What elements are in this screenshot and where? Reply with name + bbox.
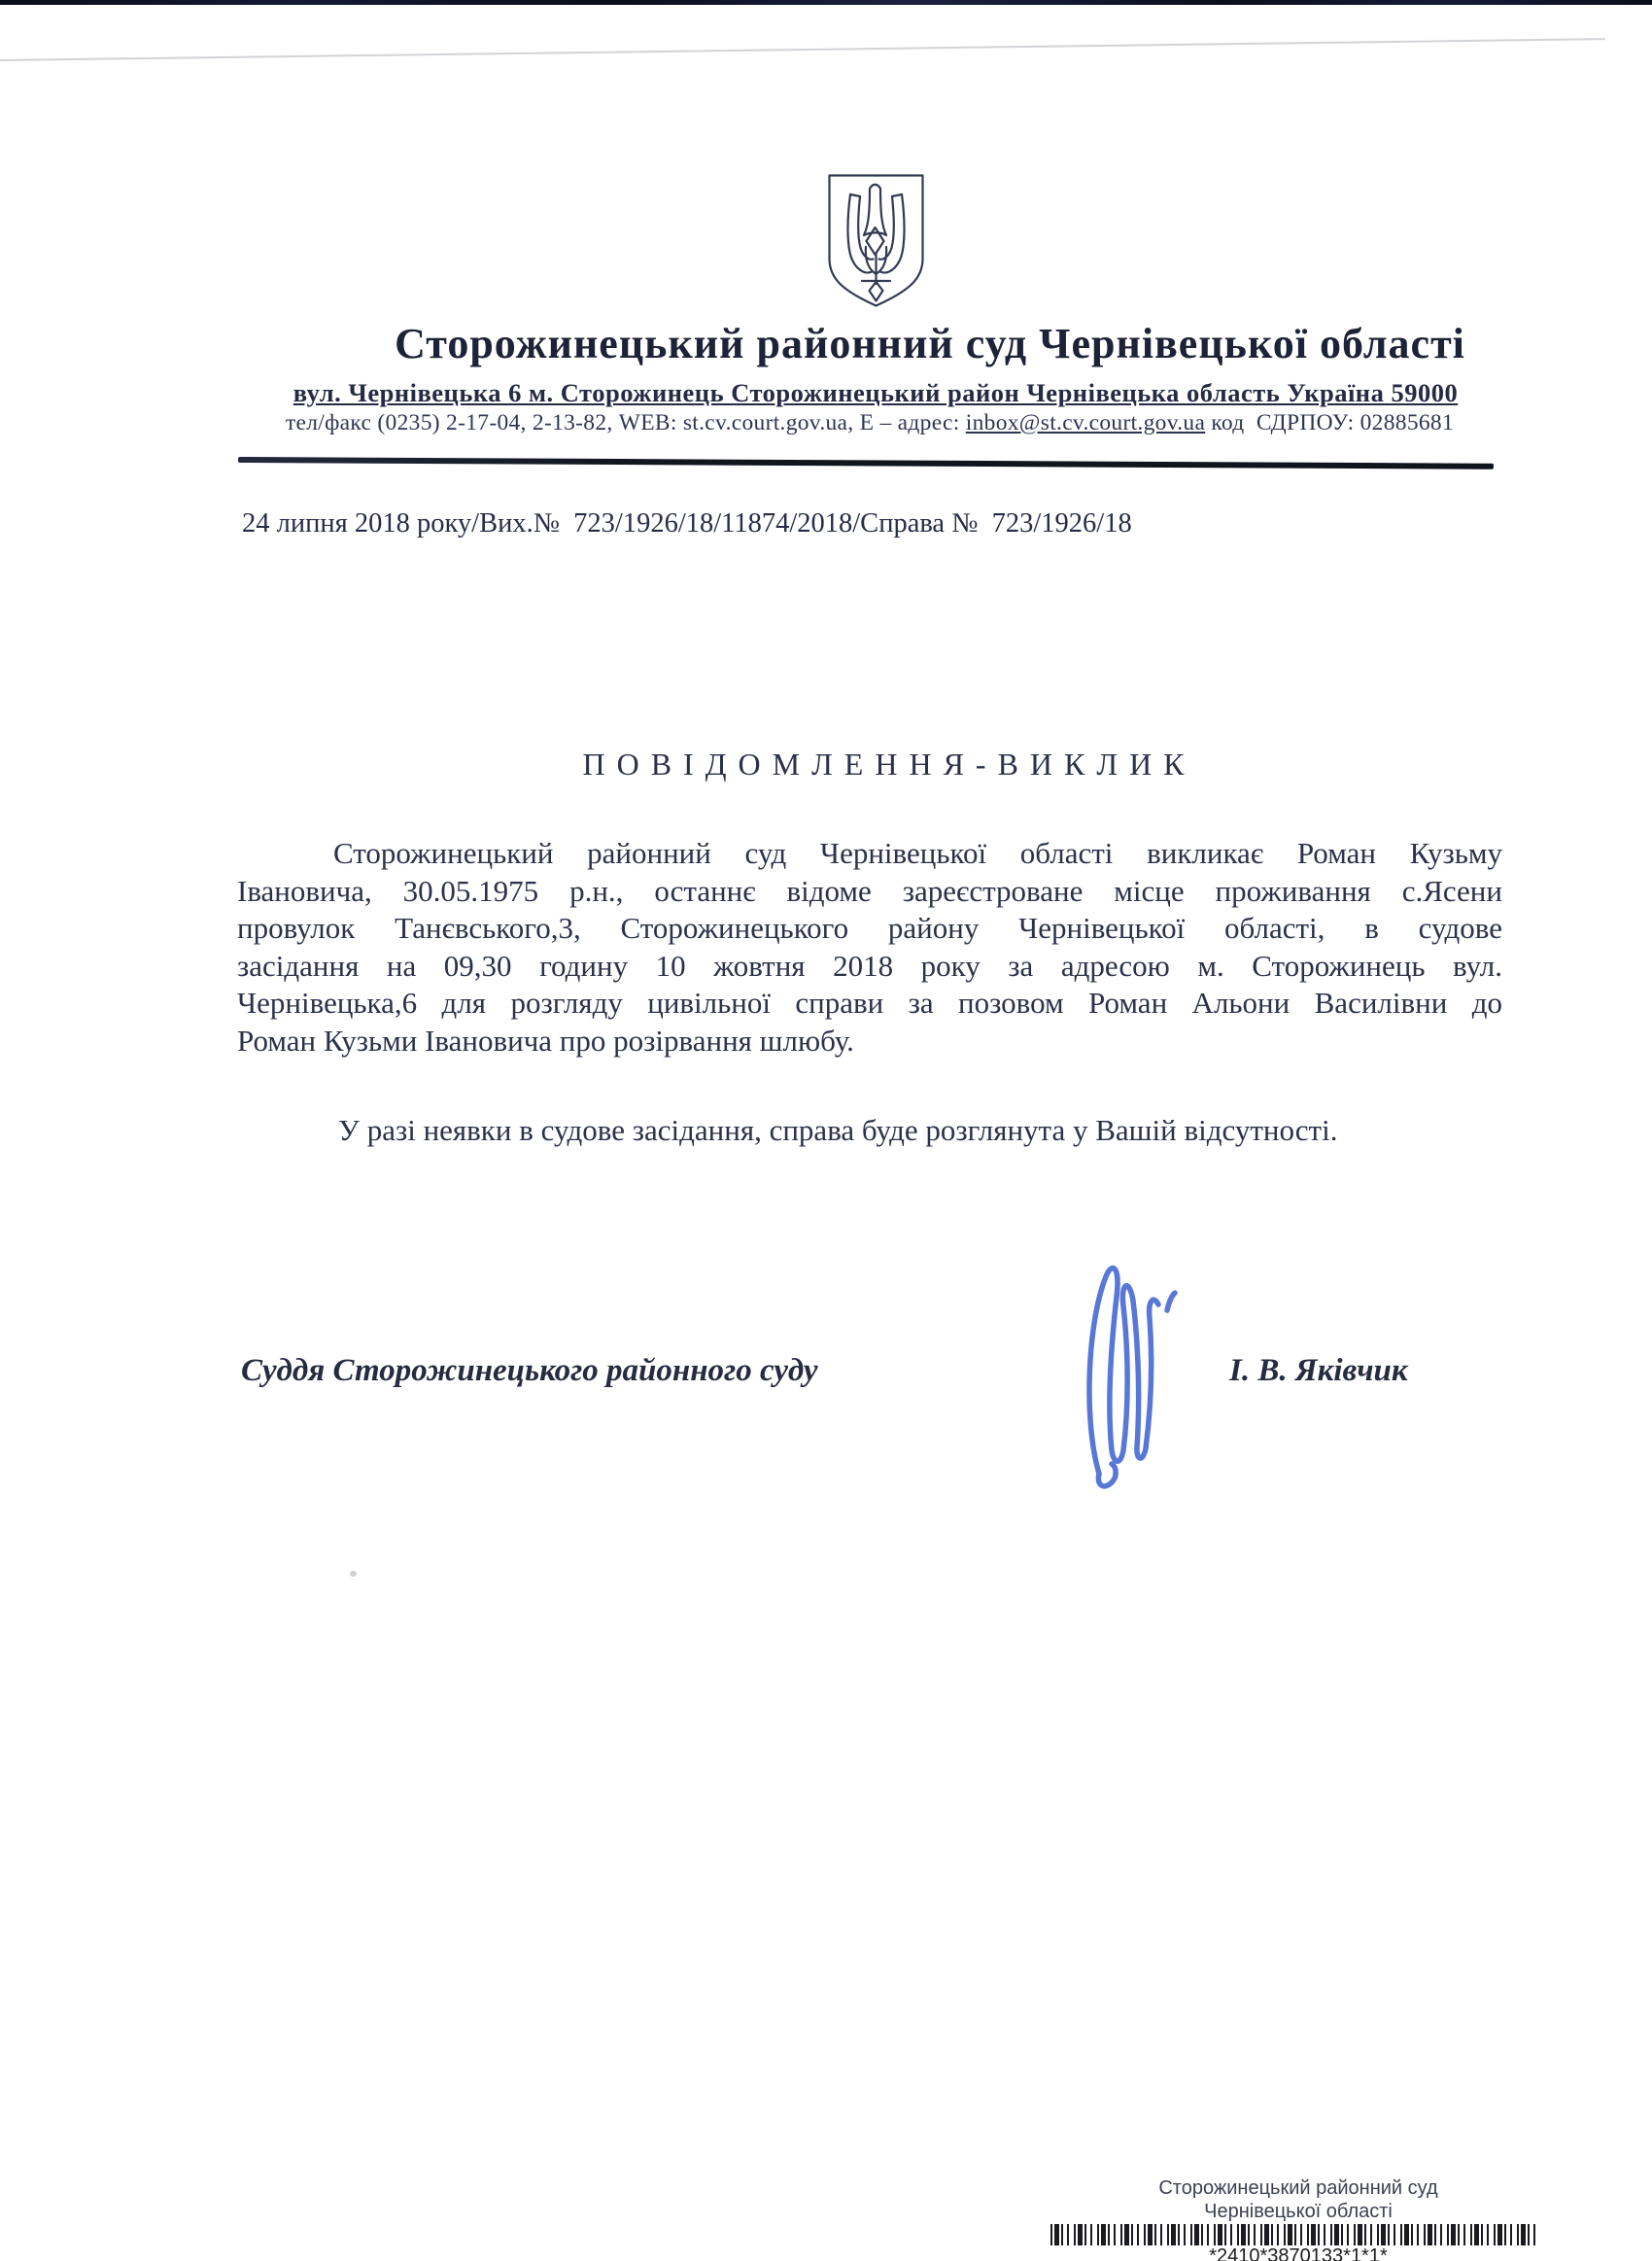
footer-court-region: Чернівецької області: [1104, 2201, 1493, 2223]
barcode-value: *2410*3870133*1*1*: [1123, 2245, 1473, 2261]
paper-speck: [350, 1571, 357, 1577]
absence-notice-paragraph: У разі неявки в судове засідання, справа…: [237, 1112, 1502, 1150]
barcode: [1050, 2224, 1537, 2245]
paragraph-line: Чернівецька,6 для розгляду цивільної спр…: [237, 985, 1502, 1023]
paragraph-line: Івановича, 30.05.1975 р.н., останнє відо…: [237, 873, 1502, 911]
coat-of-arms-icon: [821, 169, 931, 313]
contact-suffix: код СДРПОУ: 02885681: [1205, 410, 1454, 435]
contact-prefix: тел/факс (0235) 2-17-04, 2-13-82, WEB: s…: [286, 410, 966, 435]
judge-signature-ink: [1064, 1256, 1220, 1494]
footer-court-name: Сторожинецький районний суд: [1104, 2177, 1493, 2200]
scan-edge-artifact: [0, 0, 1652, 5]
paragraph-line: провулок Танєвського,3, Сторожинецького …: [237, 910, 1502, 948]
paragraph-line: Сторожинецький районний суд Чернівецької…: [237, 835, 1502, 873]
court-address-line: вул. Чернівецька 6 м. Сторожинець Сторож…: [189, 378, 1563, 408]
scan-line-artifact: [0, 38, 1605, 61]
reference-number-line: 24 липня 2018 року/Вих.№ 723/1926/18/118…: [242, 508, 1132, 539]
document-heading: П О В І Д О М Л Е Н Н Я - В И К Л И К: [275, 747, 1494, 783]
court-contact-line: тел/факс (0235) 2-17-04, 2-13-82, WEB: s…: [183, 410, 1557, 436]
court-email: inbox@st.cv.court.gov.ua: [966, 410, 1205, 435]
paragraph-line: Роман Кузьми Івановича про розірвання шл…: [237, 1023, 1502, 1061]
summons-paragraph: Сторожинецький районний суд Чернівецької…: [237, 835, 1502, 1061]
paragraph-line: засідання на 09,30 годину 10 жовтня 2018…: [237, 948, 1502, 986]
header-divider: [238, 457, 1494, 470]
document-page: Сторожинецький районний суд Чернівецької…: [0, 0, 1652, 2261]
judge-role-label: Суддя Сторожинецького районного суду: [241, 1353, 818, 1389]
court-name-title: Сторожинецький районний суд Чернівецької…: [243, 321, 1617, 367]
judge-name: І. В. Яківчик: [1229, 1353, 1408, 1389]
